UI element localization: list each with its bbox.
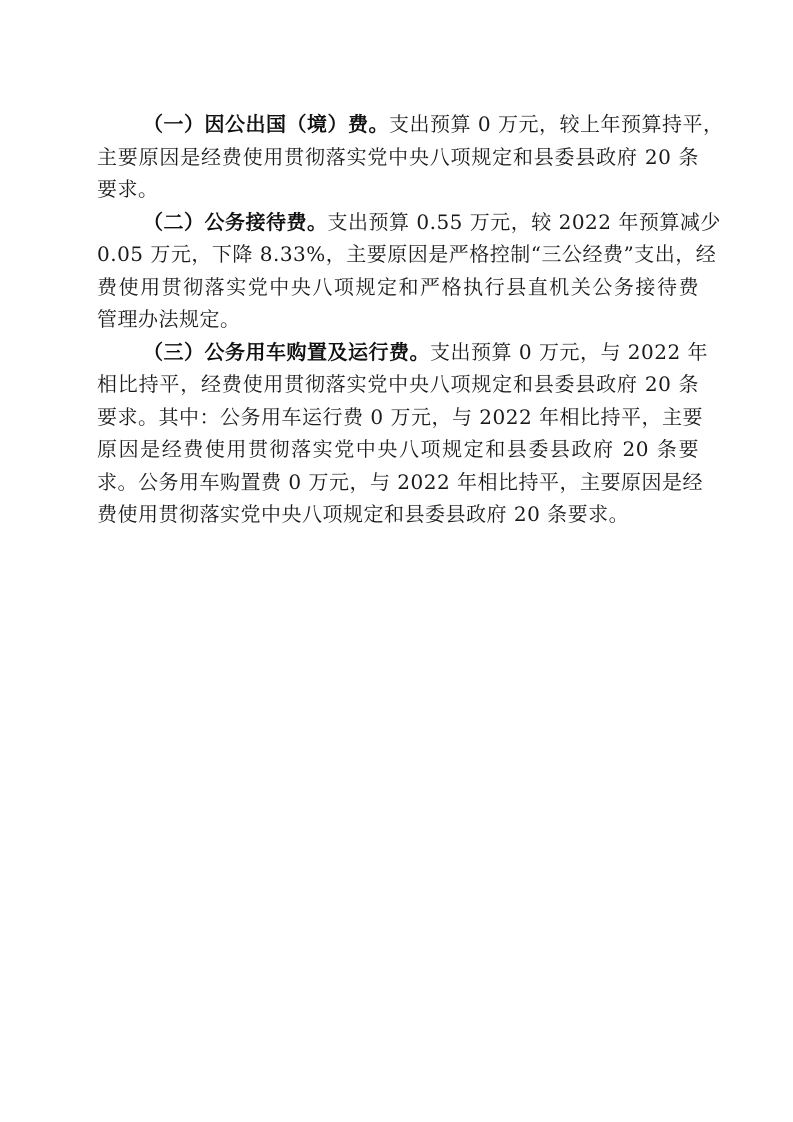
document-page: （一）因公出国（境）费。支出预算 0 万元，较上年预算持平， 主要原因是经费使用… [97,108,699,531]
paragraph-line: 费使用贯彻落实党中央八项规定和严格执行县直机关公务接待费 [97,271,699,304]
paragraph-line: （二）公务接待费。支出预算 0.55 万元，较 2022 年预算减少 [97,206,699,239]
paragraph-line: 原因是经费使用贯彻落实党中央八项规定和县委县政府 20 条要 [97,433,699,466]
paragraph-line: 要求。 [97,173,699,206]
paragraph-line: 相比持平，经费使用贯彻落实党中央八项规定和县委县政府 20 条 [97,368,699,401]
paragraph-official-reception-expense: （二）公务接待费。支出预算 0.55 万元，较 2022 年预算减少 0.05 … [97,206,699,336]
section-heading: （三）公务用车购置及运行费。 [143,340,430,364]
paragraph-line: 管理办法规定。 [97,303,699,336]
paragraph-line: 要求。其中：公务用车运行费 0 万元，与 2022 年相比持平，主要 [97,401,699,434]
paragraph-text: 支出预算 0 万元，较上年预算持平， [389,112,723,136]
paragraph-line: （三）公务用车购置及运行费。支出预算 0 万元，与 2022 年 [97,336,699,369]
section-heading: （二）公务接待费。 [143,210,328,234]
paragraph-line: （一）因公出国（境）费。支出预算 0 万元，较上年预算持平， [97,108,699,141]
paragraph-line: 求。公务用车购置费 0 万元，与 2022 年相比持平，主要原因是经 [97,466,699,499]
paragraph-line: 费使用贯彻落实党中央八项规定和县委县政府 20 条要求。 [97,498,699,531]
paragraph-overseas-travel-expense: （一）因公出国（境）费。支出预算 0 万元，较上年预算持平， 主要原因是经费使用… [97,108,699,206]
paragraph-line: 主要原因是经费使用贯彻落实党中央八项规定和县委县政府 20 条 [97,141,699,174]
paragraph-line: 0.05 万元，下降 8.33%，主要原因是严格控制“三公经费”支出，经 [97,238,699,271]
paragraph-text: 支出预算 0.55 万元，较 2022 年预算减少 [328,210,721,234]
section-heading: （一）因公出国（境）费。 [143,112,389,136]
paragraph-text: 支出预算 0 万元，与 2022 年 [430,340,708,364]
paragraph-official-vehicle-expense: （三）公务用车购置及运行费。支出预算 0 万元，与 2022 年 相比持平，经费… [97,336,699,531]
